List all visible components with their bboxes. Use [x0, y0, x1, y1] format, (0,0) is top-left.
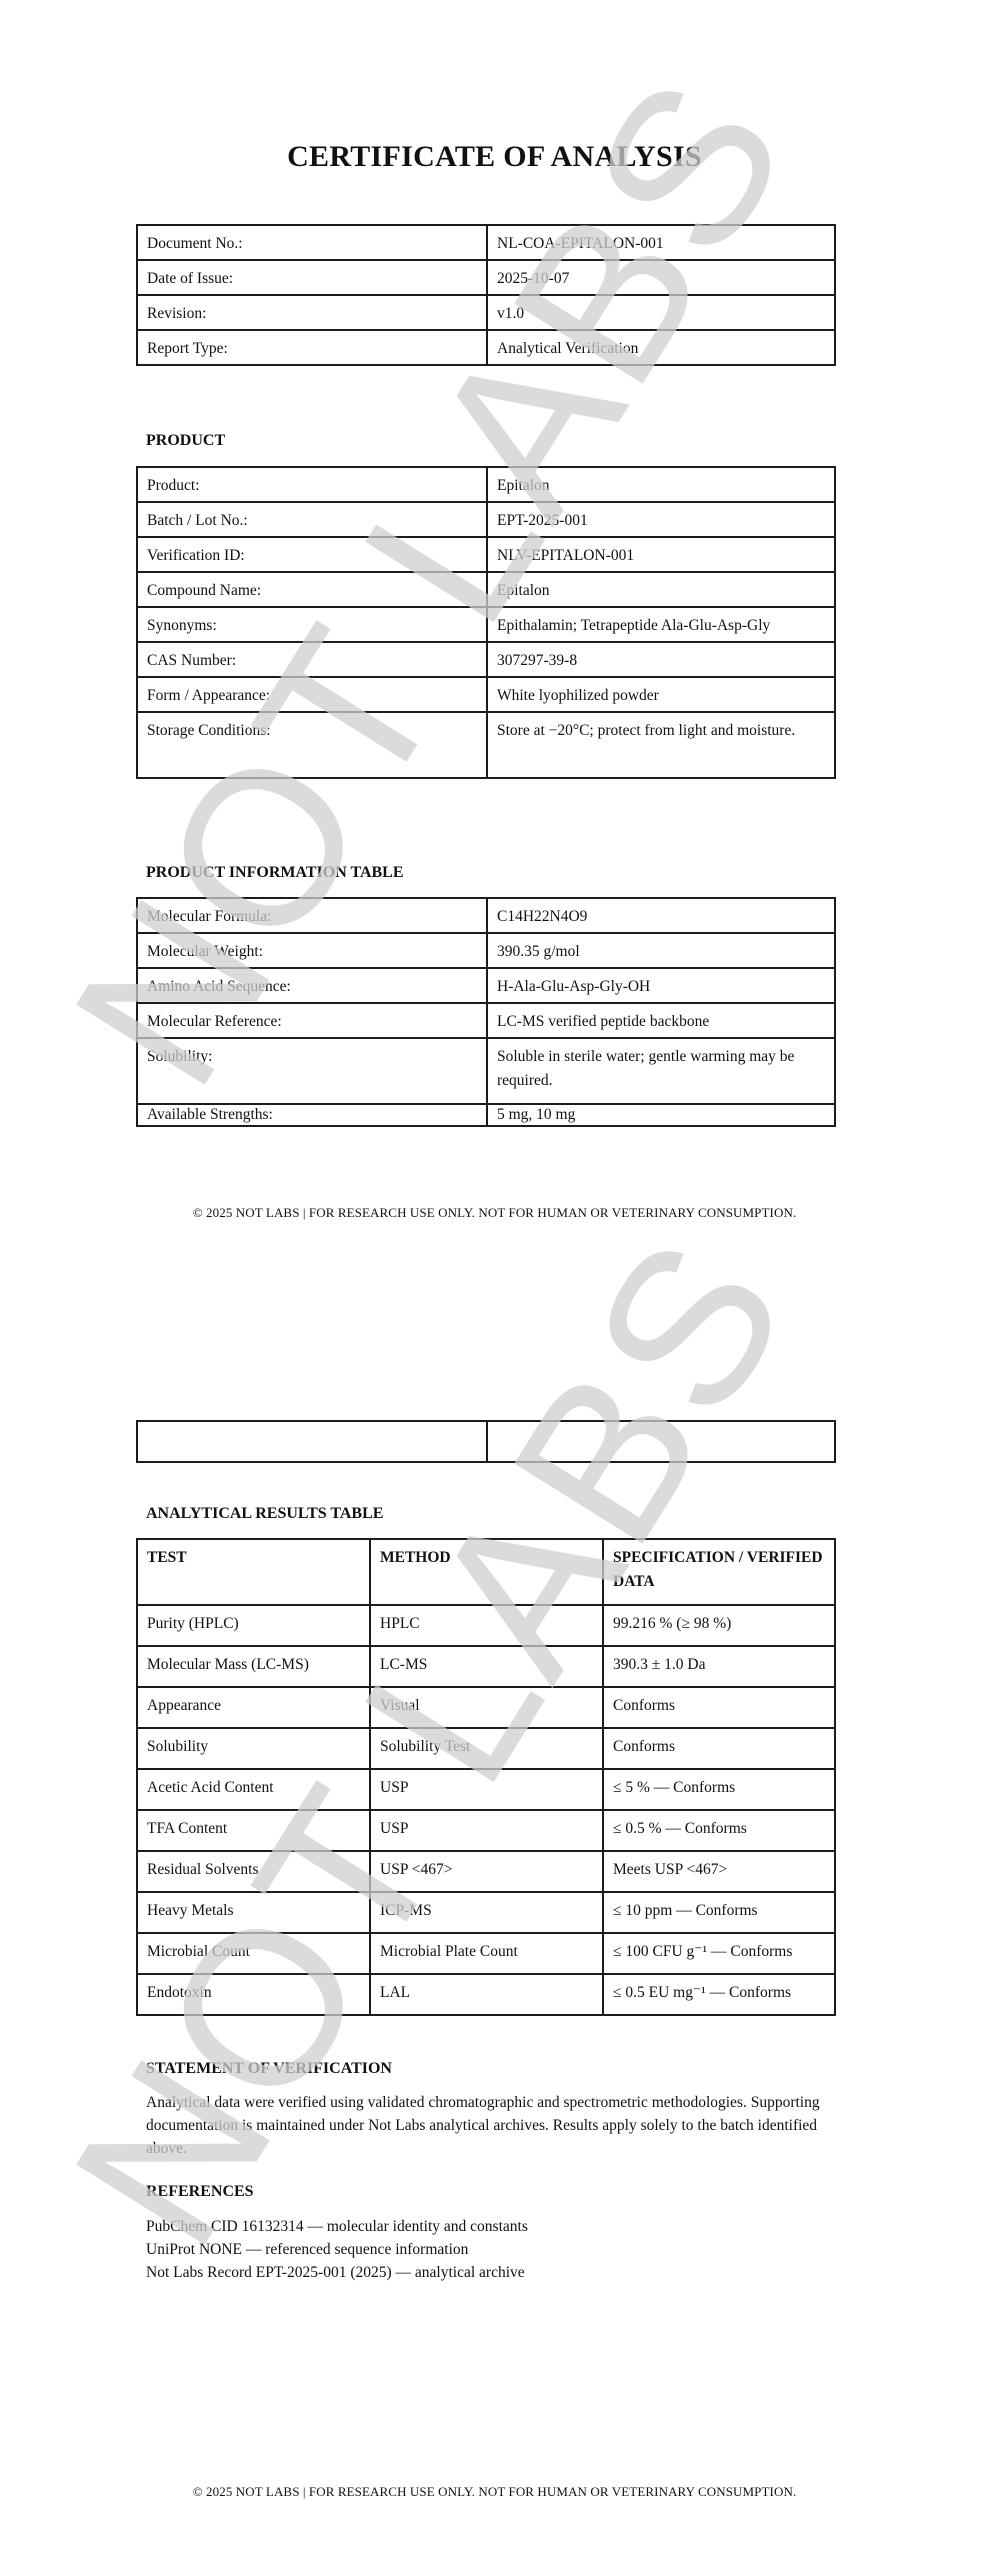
report-type-value: Analytical Verification: [487, 330, 835, 365]
product-value: Epitalon: [487, 467, 835, 502]
reference-item: PubChem CID 16132314 — molecular identit…: [146, 2215, 846, 2238]
cas-number-label: CAS Number:: [137, 642, 487, 677]
document-number-value: NL-COA-EPITALON-001: [487, 225, 835, 260]
molecular-reference-value: LC-MS verified peptide backbone: [487, 1003, 835, 1038]
result-cell: Conforms: [603, 1728, 835, 1769]
product-information-table: Molecular Formula:C14H22N4O9 Molecular W…: [136, 897, 836, 1127]
result-cell: 390.3 ± 1.0 Da: [603, 1646, 835, 1687]
solubility-value: Soluble in sterile water; gentle warming…: [487, 1038, 835, 1104]
test-cell: Purity (HPLC): [137, 1605, 370, 1646]
result-cell: ≤ 10 ppm — Conforms: [603, 1892, 835, 1933]
product-table: Product:Epitalon Batch / Lot No.:EPT-202…: [136, 466, 836, 779]
form-label: Form / Appearance:: [137, 677, 487, 712]
empty-cell: [487, 1421, 835, 1462]
report-type-label: Report Type:: [137, 330, 487, 365]
table-row: AppearanceVisualConforms: [137, 1687, 835, 1728]
table-row: EndotoxinLAL≤ 0.5 EU mg⁻¹ — Conforms: [137, 1974, 835, 2015]
table-row: SolubilitySolubility TestConforms: [137, 1728, 835, 1769]
analytical-results-body: Purity (HPLC)HPLC99.216 % (≥ 98 %)Molecu…: [137, 1605, 835, 2015]
batch-value: EPT-2025-001: [487, 502, 835, 537]
table-header-row: TEST METHOD SPECIFICATION / VERIFIED DAT…: [137, 1539, 835, 1605]
amino-acid-sequence-label: Amino Acid Sequence:: [137, 968, 487, 1003]
table-row: Batch / Lot No.:EPT-2025-001: [137, 502, 835, 537]
table-row: Available Strengths:5 mg, 10 mg: [137, 1104, 835, 1126]
references-heading: REFERENCES: [146, 2183, 254, 2201]
column-header-specification: SPECIFICATION / VERIFIED DATA: [603, 1539, 835, 1605]
test-cell: Solubility: [137, 1728, 370, 1769]
analytical-results-heading: ANALYTICAL RESULTS TABLE: [146, 1505, 383, 1523]
column-header-method: METHOD: [370, 1539, 603, 1605]
product-information-heading: PRODUCT INFORMATION TABLE: [146, 864, 404, 882]
molecular-formula-label: Molecular Formula:: [137, 898, 487, 933]
table-row: Heavy MetalsICP-MS≤ 10 ppm — Conforms: [137, 1892, 835, 1933]
watermark: NOT LABS NOT LABS: [0, 0, 989, 2560]
column-header-test: TEST: [137, 1539, 370, 1605]
table-row: Molecular Formula:C14H22N4O9: [137, 898, 835, 933]
method-cell: Microbial Plate Count: [370, 1933, 603, 1974]
table-row: Purity (HPLC)HPLC99.216 % (≥ 98 %): [137, 1605, 835, 1646]
table-row: Report Type:Analytical Verification: [137, 330, 835, 365]
date-of-issue-label: Date of Issue:: [137, 260, 487, 295]
table-row: Document No.:NL-COA-EPITALON-001: [137, 225, 835, 260]
reference-item: UniProt NONE — referenced sequence infor…: [146, 2238, 846, 2261]
empty-table: [136, 1420, 836, 1463]
revision-label: Revision:: [137, 295, 487, 330]
table-row: Synonyms:Epithalamin; Tetrapeptide Ala-G…: [137, 607, 835, 642]
method-cell: USP <467>: [370, 1851, 603, 1892]
table-row: Compound Name:Epitalon: [137, 572, 835, 607]
test-cell: Appearance: [137, 1687, 370, 1728]
batch-label: Batch / Lot No.:: [137, 502, 487, 537]
reference-item: Not Labs Record EPT-2025-001 (2025) — an…: [146, 2261, 846, 2284]
available-strengths-value: 5 mg, 10 mg: [487, 1104, 835, 1126]
amino-acid-sequence-value: H-Ala-Glu-Asp-Gly-OH: [487, 968, 835, 1003]
verification-id-value: NLV-EPITALON-001: [487, 537, 835, 572]
result-cell: ≤ 5 % — Conforms: [603, 1769, 835, 1810]
page-footer: © 2025 NOT LABS | FOR RESEARCH USE ONLY.…: [0, 1205, 989, 1221]
test-cell: Endotoxin: [137, 1974, 370, 2015]
molecular-reference-label: Molecular Reference:: [137, 1003, 487, 1038]
table-row: Revision:v1.0: [137, 295, 835, 330]
table-row: Molecular Mass (LC-MS)LC-MS390.3 ± 1.0 D…: [137, 1646, 835, 1687]
table-row: Solubility:Soluble in sterile water; gen…: [137, 1038, 835, 1104]
form-value: White lyophilized powder: [487, 677, 835, 712]
result-cell: Conforms: [603, 1687, 835, 1728]
test-cell: Residual Solvents: [137, 1851, 370, 1892]
statement-text: Analytical data were verified using vali…: [146, 2091, 846, 2160]
table-row: Residual SolventsUSP <467>Meets USP <467…: [137, 1851, 835, 1892]
revision-value: v1.0: [487, 295, 835, 330]
table-row: Amino Acid Sequence:H-Ala-Glu-Asp-Gly-OH: [137, 968, 835, 1003]
product-heading: PRODUCT: [146, 432, 225, 450]
result-cell: ≤ 0.5 % — Conforms: [603, 1810, 835, 1851]
result-cell: 99.216 % (≥ 98 %): [603, 1605, 835, 1646]
table-row: Molecular Weight:390.35 g/mol: [137, 933, 835, 968]
result-cell: Meets USP <467>: [603, 1851, 835, 1892]
method-cell: USP: [370, 1769, 603, 1810]
verification-id-label: Verification ID:: [137, 537, 487, 572]
table-row: Molecular Reference:LC-MS verified pepti…: [137, 1003, 835, 1038]
storage-label: Storage Conditions:: [137, 712, 487, 778]
table-row: Microbial CountMicrobial Plate Count≤ 10…: [137, 1933, 835, 1974]
table-row: Storage Conditions:Store at −20°C; prote…: [137, 712, 835, 778]
document-info-table: Document No.:NL-COA-EPITALON-001 Date of…: [136, 224, 836, 366]
molecular-weight-value: 390.35 g/mol: [487, 933, 835, 968]
document-title: CERTIFICATE OF ANALYSIS: [0, 140, 989, 174]
table-row: TFA ContentUSP≤ 0.5 % — Conforms: [137, 1810, 835, 1851]
test-cell: Microbial Count: [137, 1933, 370, 1974]
synonyms-label: Synonyms:: [137, 607, 487, 642]
solubility-label: Solubility:: [137, 1038, 487, 1104]
result-cell: ≤ 100 CFU g⁻¹ — Conforms: [603, 1933, 835, 1974]
test-cell: Acetic Acid Content: [137, 1769, 370, 1810]
test-cell: TFA Content: [137, 1810, 370, 1851]
molecular-formula-value: C14H22N4O9: [487, 898, 835, 933]
document-number-label: Document No.:: [137, 225, 487, 260]
method-cell: USP: [370, 1810, 603, 1851]
storage-value: Store at −20°C; protect from light and m…: [487, 712, 835, 778]
method-cell: LAL: [370, 1974, 603, 2015]
page-footer: © 2025 NOT LABS | FOR RESEARCH USE ONLY.…: [0, 2484, 989, 2500]
available-strengths-label: Available Strengths:: [137, 1104, 487, 1126]
method-cell: Visual: [370, 1687, 603, 1728]
test-cell: Molecular Mass (LC-MS): [137, 1646, 370, 1687]
method-cell: Solubility Test: [370, 1728, 603, 1769]
molecular-weight-label: Molecular Weight:: [137, 933, 487, 968]
references-list: PubChem CID 16132314 — molecular identit…: [146, 2215, 846, 2284]
empty-cell: [137, 1421, 487, 1462]
analytical-results-table: TEST METHOD SPECIFICATION / VERIFIED DAT…: [136, 1538, 836, 2016]
table-row: CAS Number:307297-39-8: [137, 642, 835, 677]
product-label: Product:: [137, 467, 487, 502]
date-of-issue-value: 2025-10-07: [487, 260, 835, 295]
table-row: Form / Appearance:White lyophilized powd…: [137, 677, 835, 712]
statement-heading: STATEMENT OF VERIFICATION: [146, 2060, 392, 2078]
method-cell: HPLC: [370, 1605, 603, 1646]
test-cell: Heavy Metals: [137, 1892, 370, 1933]
method-cell: ICP-MS: [370, 1892, 603, 1933]
table-row: Verification ID:NLV-EPITALON-001: [137, 537, 835, 572]
method-cell: LC-MS: [370, 1646, 603, 1687]
table-row: Acetic Acid ContentUSP≤ 5 % — Conforms: [137, 1769, 835, 1810]
table-row: Date of Issue:2025-10-07: [137, 260, 835, 295]
compound-name-label: Compound Name:: [137, 572, 487, 607]
result-cell: ≤ 0.5 EU mg⁻¹ — Conforms: [603, 1974, 835, 2015]
cas-number-value: 307297-39-8: [487, 642, 835, 677]
table-row: Product:Epitalon: [137, 467, 835, 502]
compound-name-value: Epitalon: [487, 572, 835, 607]
synonyms-value: Epithalamin; Tetrapeptide Ala-Glu-Asp-Gl…: [487, 607, 835, 642]
table-row: [137, 1421, 835, 1462]
